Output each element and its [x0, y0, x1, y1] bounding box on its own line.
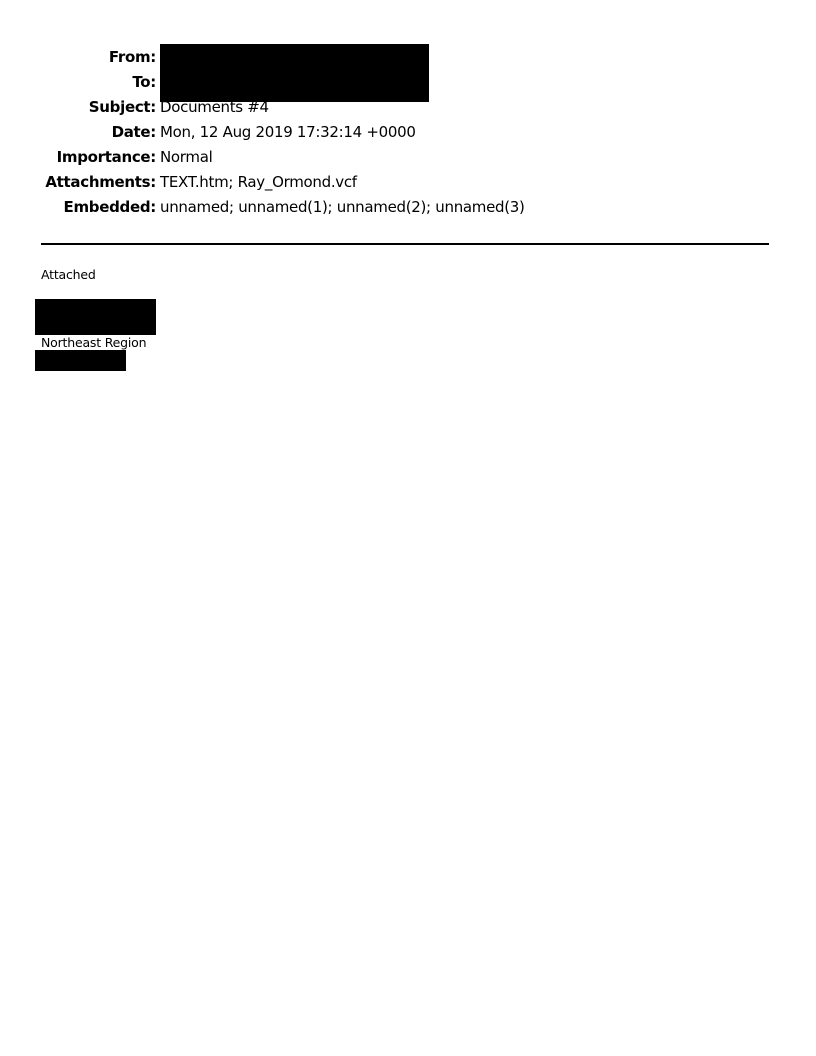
date-row: Date: Mon, 12 Aug 2019 17:32:14 +0000 [0, 123, 760, 148]
embedded-label: Embedded: [64, 198, 156, 216]
signature-contact-redaction [35, 350, 126, 371]
embedded-row: Embedded: unnamed; unnamed(1); unnamed(2… [0, 198, 760, 223]
date-label: Date: [112, 123, 156, 141]
from-to-redaction [160, 44, 429, 102]
embedded-value: unnamed; unnamed(1); unnamed(2); unnamed… [160, 198, 525, 216]
importance-value: Normal [160, 148, 212, 166]
importance-label: Importance: [57, 148, 156, 166]
to-label: To: [132, 73, 156, 91]
importance-row: Importance: Normal [0, 148, 760, 173]
attachments-row: Attachments: TEXT.htm; Ray_Ormond.vcf [0, 173, 760, 198]
body-intro: Attached [41, 267, 96, 282]
from-label: From: [109, 48, 156, 66]
subject-label: Subject: [89, 98, 156, 116]
signature-region: Northeast Region [41, 335, 146, 350]
header-divider [41, 243, 769, 245]
date-value: Mon, 12 Aug 2019 17:32:14 +0000 [160, 123, 416, 141]
attachments-label: Attachments: [45, 173, 156, 191]
signature-name-redaction [35, 299, 156, 335]
attachments-value: TEXT.htm; Ray_Ormond.vcf [160, 173, 357, 191]
